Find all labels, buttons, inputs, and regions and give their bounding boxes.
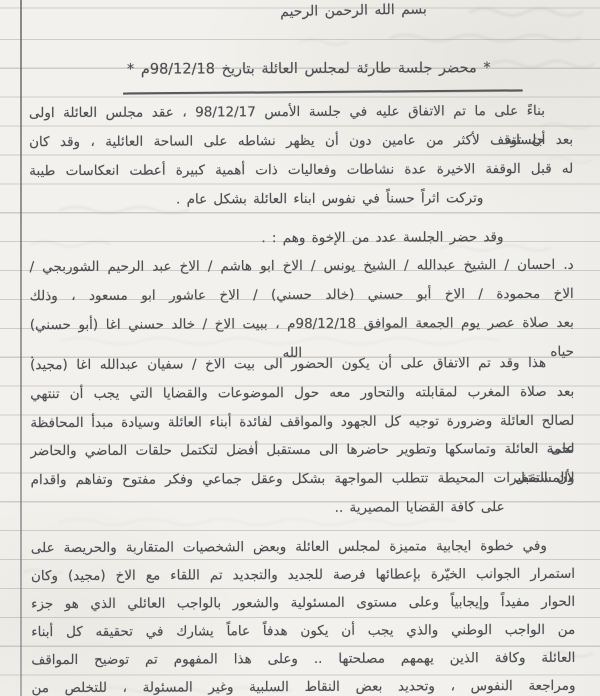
text-line: العائلة وكافة الذين يهمهم مصلحتها .. وعل…	[31, 644, 575, 674]
text-line: استمرار الجوانب الخيّرة بإعطائها فرصة لل…	[31, 560, 575, 590]
document-title: * محضر جلسة طارئة لمجلس العائلة بتاريخ 9…	[89, 53, 529, 85]
title-underline	[123, 89, 523, 95]
text-line: من الواجب الوطني والذي يجب أن يكون هدفاً…	[31, 616, 575, 646]
text-line: وقد حضر الجلسة عدد من الإخوة وهم : .	[29, 223, 573, 254]
text-line: د. احسان / الشيخ عبدالله / الشيخ يونس / …	[30, 251, 574, 282]
text-line: لأن المتغيرات المحيطة تتطلب المواجهة بشك…	[31, 464, 575, 495]
attendees-intro: وقد حضر الجلسة عدد من الإخوة وهم : .	[29, 223, 573, 254]
text-line: لحمة العائلة وتماسكها وتطوير حاضرها الى …	[30, 435, 574, 466]
text-line: على كافة القضايا المصيرية ..	[31, 493, 575, 524]
paragraph-2-attendees: د. احسان / الشيخ عبدالله / الشيخ يونس / …	[30, 251, 574, 340]
text-line: لصالح العائلة وضرورة توجيه كل الجهود وال…	[30, 406, 574, 437]
text-line: وتركت اثراً حسناً في نفوس ابناء العائلة …	[29, 184, 573, 215]
text-line: وفي خطوة ايجابية متميزة لمجلس العائلة وب…	[31, 532, 575, 562]
text-line: الحوار مفيداً وإيجابياً وعلى مستوى المسئ…	[31, 588, 575, 618]
text-line: بعد صلاة عصر يوم الجمعة الموافق 98/12/18…	[30, 309, 574, 340]
text-line: بعد أن توقف لأكثر من عامين دون أن يظهر ن…	[29, 126, 573, 157]
handwritten-content: بسم الله الرحمن الرحيم * محضر جلسة طارئة…	[0, 0, 600, 696]
text-line: له قبل الوقفة الاخيرة عدة نشاطات وفعاليا…	[29, 155, 573, 186]
paragraph-1: بناءً على ما تم الاتفاق عليه في جلسة الأ…	[29, 97, 574, 215]
scanned-document-page: بسم الله الرحمن الرحيم * محضر جلسة طارئة…	[0, 0, 600, 696]
text-line: بعد صلاة المغرب لمقابلته والتحاور معه حو…	[30, 378, 574, 409]
text-line: هذا وقد تم الاتفاق على أن يكون الحضور ال…	[30, 349, 574, 380]
basmala: بسم الله الرحمن الرحيم	[208, 0, 499, 28]
paragraph-4: وفي خطوة ايجابية متميزة لمجلس العائلة وب…	[31, 532, 576, 696]
paragraph-3: هذا وقد تم الاتفاق على أن يكون الحضور ال…	[30, 349, 575, 524]
text-line: ومراجعة النفوس ، وتحديد بعض النقاط السلب…	[31, 672, 575, 696]
text-line: الاخ محمودة / الاخ أبو حسني (خالد حسني) …	[30, 280, 574, 311]
text-line: بناءً على ما تم الاتفاق عليه في جلسة الأ…	[29, 97, 573, 128]
